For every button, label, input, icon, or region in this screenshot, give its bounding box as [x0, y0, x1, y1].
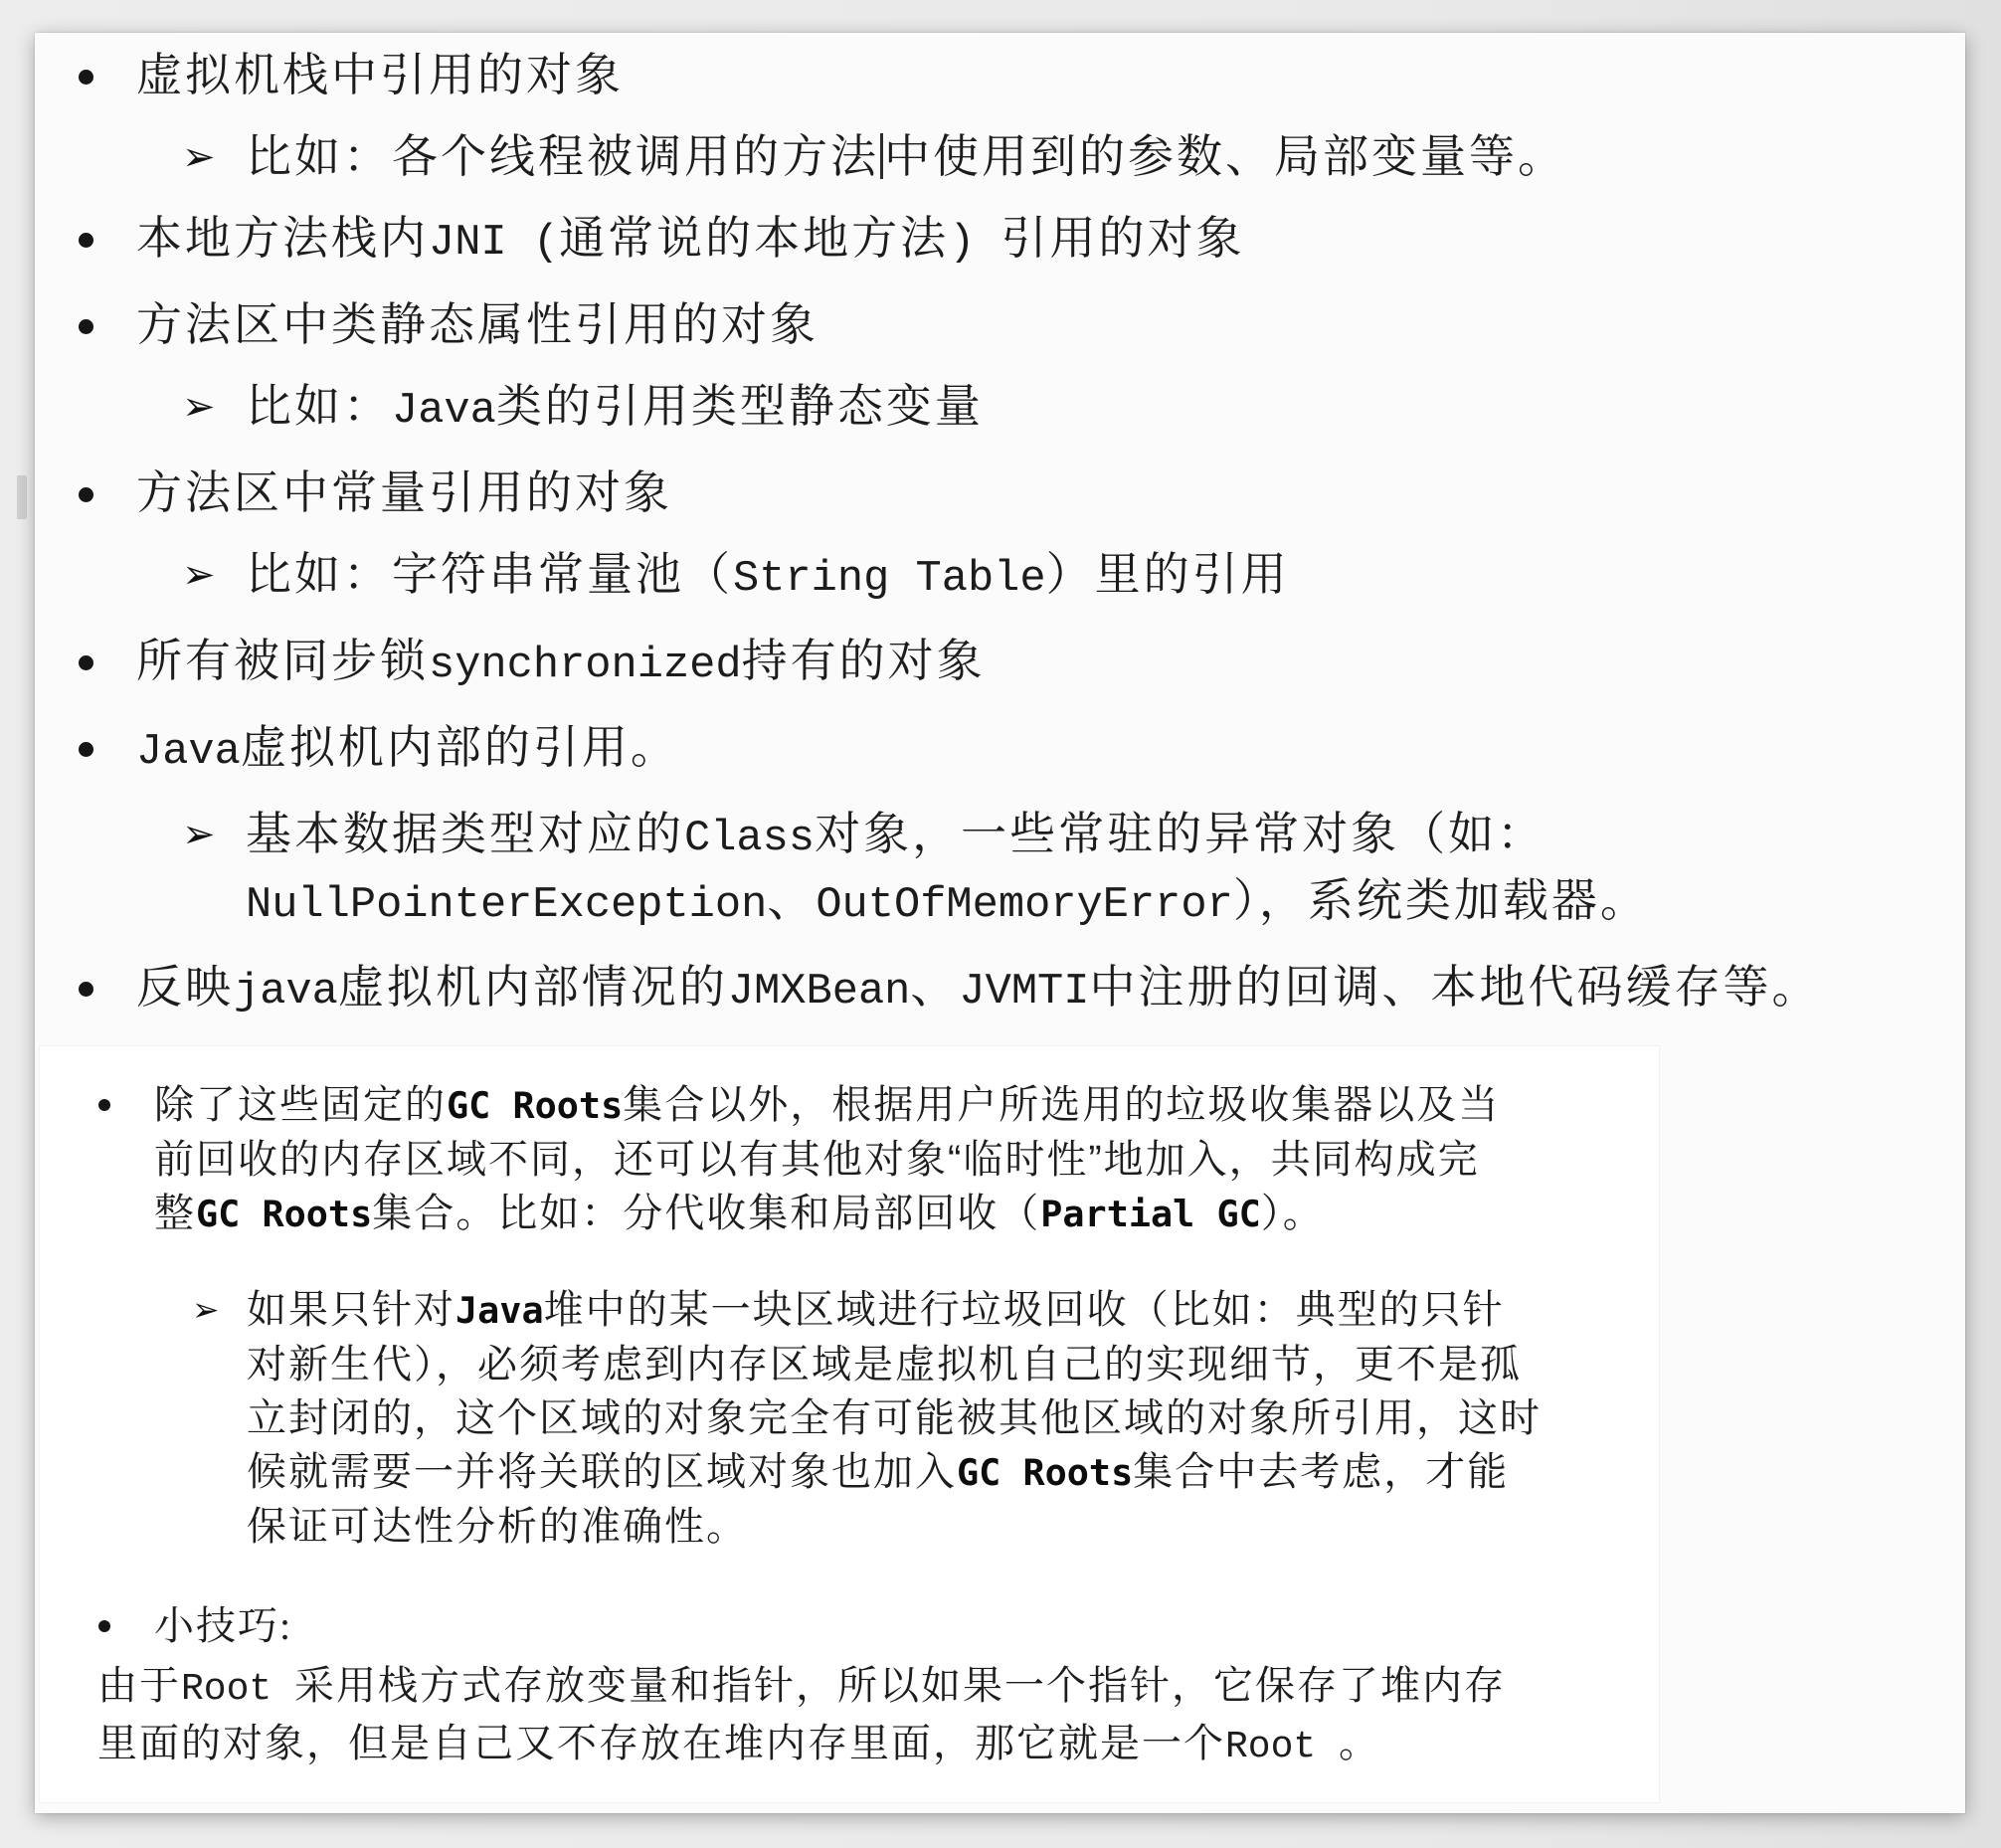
screen-edge-artifact: [17, 475, 27, 519]
text-line: 立封闭的，这个区域的对象完全有可能被其他区域的对象所引用，这时: [247, 1391, 1659, 1445]
text-segment: Java: [136, 728, 241, 777]
text-segment: 类的引用类型静态变量: [496, 381, 984, 432]
bullet-icon: [79, 655, 93, 670]
text-line: 比如：字符串常量池（String Table）里的引用: [246, 544, 1965, 611]
bullet-list-item: Java虚拟机内部的引用。: [35, 717, 1965, 784]
bullet-icon: [79, 982, 93, 997]
paragraph-item: 由于Root 采用栈方式存放变量和指针，所以如果一个指针，它保存了堆内存里面的对…: [40, 1659, 1659, 1774]
text-segment: 虚拟机内部情况的: [338, 962, 728, 1013]
bullet-icon: [79, 319, 93, 334]
text-line: 如果只针对Java堆中的某一块区域进行垃圾回收（比如：典型的只针: [247, 1283, 1659, 1338]
arrow-bullet-icon: ➢: [182, 126, 216, 188]
text-segment: 里面的对象，但是自己又不存放在堆内存里面，那它就是一个: [97, 1721, 1225, 1765]
bullet-icon: [79, 742, 93, 757]
sub-list-item: ➢比如：各个线程被调用的方法中使用到的参数、局部变量等。: [35, 126, 1965, 188]
bullet-list-item: 方法区中常量引用的对象: [35, 462, 1965, 524]
text-segment: 本地方法栈内: [136, 213, 429, 264]
text-cursor: [880, 133, 883, 179]
bullet-list-item: 小技巧:: [40, 1599, 1659, 1653]
text-line: 所有被同步锁synchronized持有的对象: [136, 631, 1965, 697]
arrow-bullet-icon: ➢: [192, 1283, 220, 1337]
sub-list-item: ➢如果只针对Java堆中的某一块区域进行垃圾回收（比如：典型的只针对新生代），必…: [40, 1283, 1659, 1554]
text-segment: 方法区中常量引用的对象: [136, 467, 672, 518]
text-segment: Class: [684, 815, 815, 863]
text-segment: ），系统类加载器。: [1233, 875, 1649, 926]
text-segment: Root: [181, 1668, 294, 1711]
bullet-icon: [98, 1620, 110, 1632]
text-segment: 集合。比如：分代收集和局部回收（: [372, 1192, 1040, 1235]
sub-list-item: ➢基本数据类型对应的Class对象，一些常驻的异常对象（如：NullPointe…: [35, 804, 1965, 937]
text-segment: ): [949, 219, 1000, 268]
text-line: 虚拟机栈中引用的对象: [136, 45, 1965, 106]
sub-list-item: ➢比如：Java类的引用类型静态变量: [35, 376, 1965, 443]
text-segment: 保证可达性分析的准确性。: [247, 1505, 748, 1549]
text-segment: 、: [910, 962, 959, 1013]
bullet-list-item: 所有被同步锁synchronized持有的对象: [35, 631, 1965, 697]
text-segment: 采用栈方式存放变量和指针，所以如果一个指针，它保存了堆内存: [294, 1663, 1506, 1708]
bullet-list-item: 反映java虚拟机内部情况的JMXBean、JVMTI中注册的回调、本地代码缓存…: [35, 957, 1965, 1023]
text-segment: Java: [455, 1289, 544, 1332]
arrow-bullet-icon: ➢: [182, 544, 216, 606]
text-segment: GC Roots: [447, 1084, 623, 1127]
text-segment: 反映: [136, 962, 234, 1013]
text-segment: 。: [1339, 1721, 1380, 1765]
text-segment: Root: [1225, 1726, 1339, 1768]
text-line: 除了这些固定的GC Roots集合以外，根据用户所选用的垃圾收集器以及当: [154, 1078, 1659, 1133]
text-segment: 比如：各个线程被调用的方法: [246, 131, 879, 182]
text-segment: 虚拟机内部的引用。: [241, 722, 679, 773]
text-segment: JMXBean: [728, 968, 911, 1016]
arrow-bullet-icon: ➢: [182, 804, 216, 865]
text-segment: JNI (: [429, 219, 559, 268]
text-line: 比如：Java类的引用类型静态变量: [246, 376, 1965, 443]
text-segment: 对新生代），必须考虑到内存区域是虚拟机自己的实现细节，更不是孤: [247, 1343, 1522, 1386]
text-line: 对新生代），必须考虑到内存区域是虚拟机自己的实现细节，更不是孤: [247, 1338, 1659, 1391]
text-segment: 比如：: [246, 381, 392, 432]
arrow-bullet-icon: ➢: [182, 376, 216, 438]
text-segment: 堆中的某一块区域进行垃圾回收（比如：典型的只针: [544, 1288, 1505, 1332]
text-segment: 由于: [97, 1663, 181, 1708]
text-segment: 基本数据类型对应的: [246, 809, 684, 859]
text-segment: 通常说的本地方法: [559, 213, 949, 264]
text-line: 方法区中常量引用的对象: [136, 462, 1965, 524]
text-segment: synchronized: [429, 642, 742, 690]
text-line: 小技巧:: [154, 1599, 1659, 1653]
gc-roots-fixed-list: 虚拟机栈中引用的对象➢比如：各个线程被调用的方法中使用到的参数、局部变量等。本地…: [35, 45, 1965, 1043]
text-segment: GC Roots: [196, 1193, 372, 1235]
text-segment: OutOfMemoryError: [816, 881, 1232, 930]
text-segment: 比如：字符串常量池（: [246, 549, 733, 600]
bullet-list-item: 方法区中类静态属性引用的对象: [35, 294, 1965, 356]
text-line: Java虚拟机内部的引用。: [136, 717, 1965, 784]
text-segment: ）里的引用: [1046, 549, 1290, 600]
text-line: 基本数据类型对应的Class对象，一些常驻的异常对象（如：: [246, 804, 1965, 870]
bullet-icon: [79, 70, 93, 85]
text-segment: 集合中去考虑，才能: [1133, 1450, 1509, 1494]
screenshot-root: { "colors":{ "outer_bg":"#e9e9e9", "pape…: [0, 0, 2001, 1848]
text-segment: 集合以外，根据用户所选用的垃圾收集器以及当: [623, 1083, 1500, 1127]
text-segment: 小技巧:: [154, 1603, 292, 1648]
text-segment: 立封闭的，这个区域的对象完全有可能被其他区域的对象所引用，这时: [247, 1396, 1542, 1440]
bullet-list-item: 除了这些固定的GC Roots集合以外，根据用户所选用的垃圾收集器以及当前回收的…: [40, 1078, 1659, 1241]
text-segment: 所有被同步锁: [136, 636, 429, 686]
text-segment: ）。: [1261, 1192, 1325, 1235]
slide-page: 虚拟机栈中引用的对象➢比如：各个线程被调用的方法中使用到的参数、局部变量等。本地…: [35, 33, 1965, 1813]
bullet-icon: [79, 233, 93, 248]
bullet-icon: [98, 1099, 110, 1111]
text-segment: 前回收的内存区域不同，还可以有其他对象“临时性”地加入，共同构成完: [154, 1138, 1480, 1182]
text-segment: NullPointerException: [246, 881, 767, 930]
text-line: 方法区中类静态属性引用的对象: [136, 294, 1965, 356]
text-line: NullPointerException、OutOfMemoryError），系…: [246, 870, 1965, 937]
text-segment: 除了这些固定的: [154, 1083, 447, 1127]
text-segment: 整: [154, 1192, 196, 1235]
text-line: 反映java虚拟机内部情况的JMXBean、JVMTI中注册的回调、本地代码缓存…: [136, 957, 1965, 1023]
text-segment: Java: [392, 387, 496, 436]
text-segment: 如果只针对: [247, 1288, 455, 1332]
text-segment: 方法区中类静态属性引用的对象: [136, 299, 819, 350]
text-segment: 、: [767, 875, 816, 926]
text-segment: 持有的对象: [742, 636, 986, 686]
text-line: 比如：各个线程被调用的方法中使用到的参数、局部变量等。: [246, 126, 1965, 188]
text-line: 整GC Roots集合。比如：分代收集和局部回收（Partial GC）。: [154, 1187, 1659, 1241]
text-segment: 中注册的回调、本地代码缓存等。: [1090, 962, 1821, 1013]
gc-roots-supplement-panel: 除了这些固定的GC Roots集合以外，根据用户所选用的垃圾收集器以及当前回收的…: [40, 1046, 1659, 1802]
bullet-icon: [79, 487, 93, 502]
text-line: 保证可达性分析的准确性。: [247, 1500, 1659, 1554]
text-segment: GC Roots: [957, 1451, 1133, 1494]
text-line: 里面的对象，但是自己又不存放在堆内存里面，那它就是一个Root 。: [97, 1717, 1659, 1774]
sub-list-item: ➢比如：字符串常量池（String Table）里的引用: [35, 544, 1965, 611]
text-segment: 中使用到的参数、局部变量等。: [884, 131, 1566, 182]
text-segment: 对象，一些常驻的异常对象（如：: [815, 809, 1546, 859]
text-segment: Partial GC: [1040, 1193, 1261, 1235]
text-line: 本地方法栈内JNI (通常说的本地方法) 引用的对象: [136, 208, 1965, 275]
text-segment: 虚拟机栈中引用的对象: [136, 50, 624, 100]
text-segment: 引用的对象: [1001, 213, 1245, 264]
text-line: 前回收的内存区域不同，还可以有其他对象“临时性”地加入，共同构成完: [154, 1133, 1659, 1187]
text-segment: 候就需要一并将关联的区域对象也加入: [247, 1450, 957, 1494]
bullet-list-item: 本地方法栈内JNI (通常说的本地方法) 引用的对象: [35, 208, 1965, 275]
text-line: 候就需要一并将关联的区域对象也加入GC Roots集合中去考虑，才能: [247, 1445, 1659, 1500]
text-segment: String Table: [733, 555, 1046, 604]
text-line: 由于Root 采用栈方式存放变量和指针，所以如果一个指针，它保存了堆内存: [97, 1659, 1659, 1717]
bullet-list-item: 虚拟机栈中引用的对象: [35, 45, 1965, 106]
text-segment: java: [234, 968, 338, 1016]
text-segment: JVMTI: [959, 968, 1089, 1016]
